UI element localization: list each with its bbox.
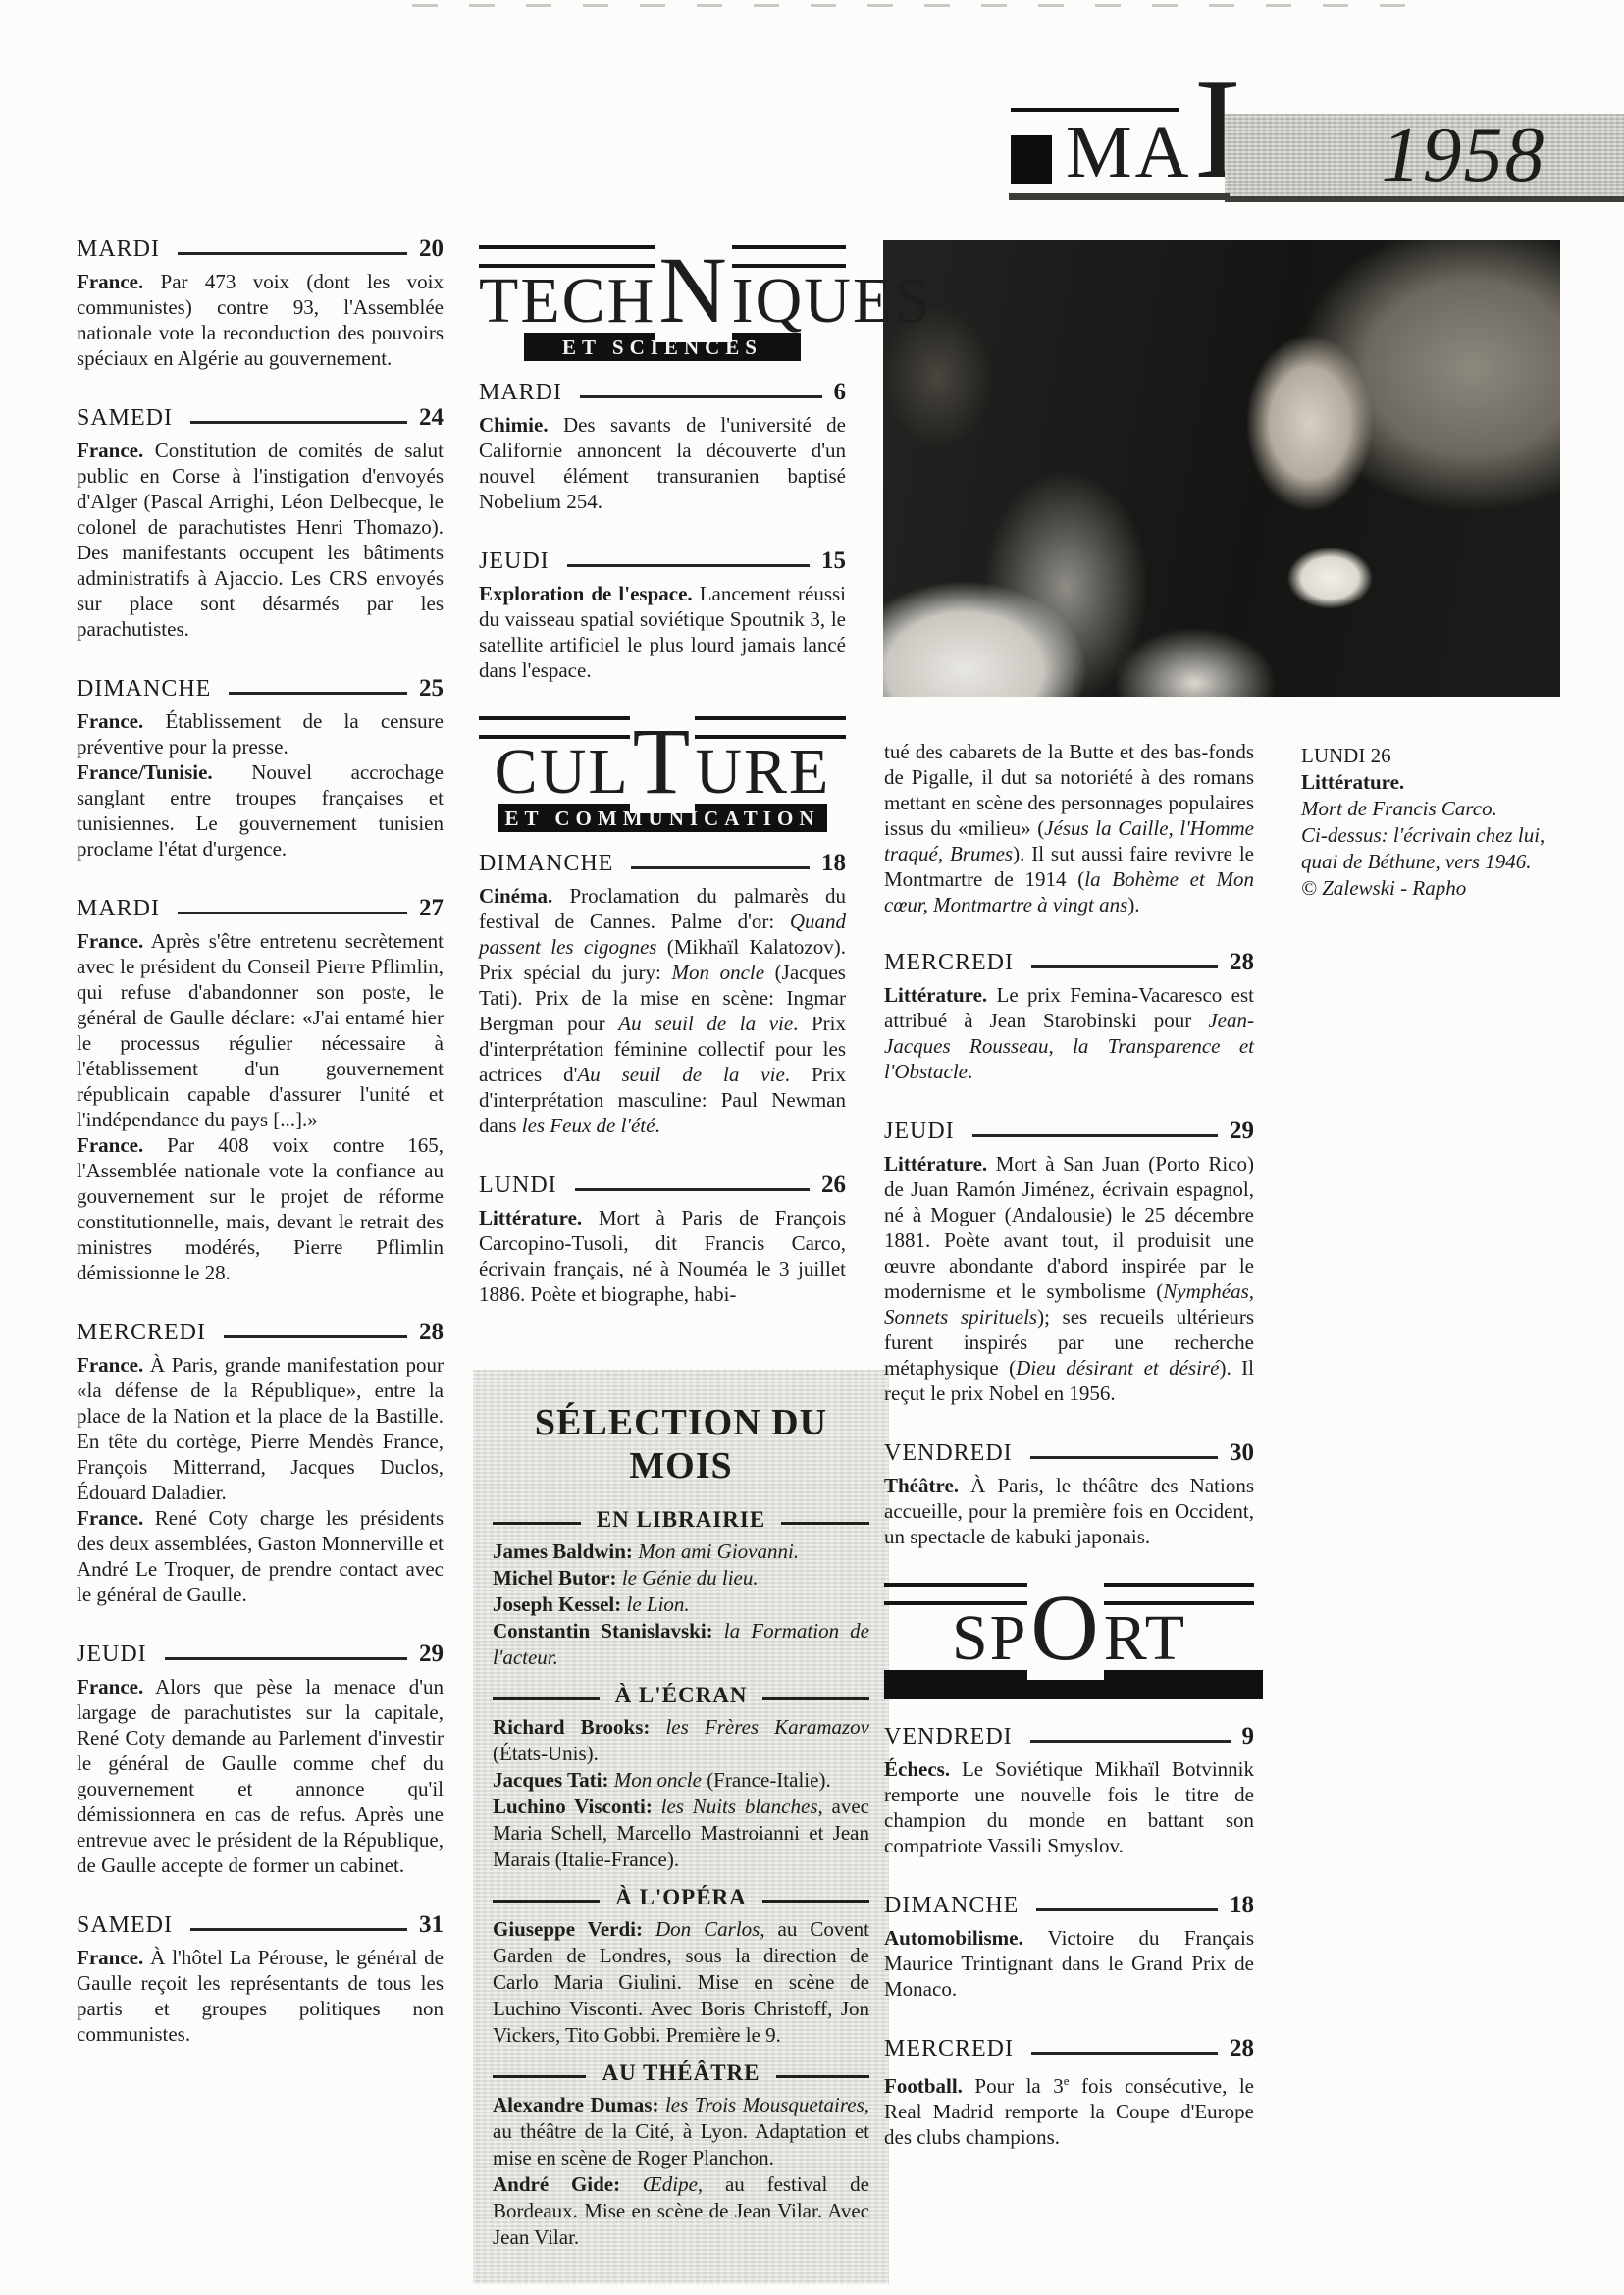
leader-rule xyxy=(1030,1740,1231,1743)
header-rule-bottom xyxy=(1009,193,1230,200)
selection-item: Giuseppe Verdi: Don Carlos, au Covent Ga… xyxy=(493,1916,869,2049)
day-label: VENDREDI xyxy=(884,1440,1013,1467)
selection-item: Jacques Tati: Mon oncle (France-Italie). xyxy=(493,1767,869,1794)
culture-right-entries: MERCREDI28Littérature. Le prix Femina-Va… xyxy=(884,949,1254,1549)
techniques-entries: MARDI6Chimie. Des savants de l'universit… xyxy=(479,379,846,683)
day-label: MERCREDI xyxy=(884,2036,1014,2062)
entry-day-row: JEUDI15 xyxy=(479,548,846,575)
leader-rule xyxy=(190,1928,407,1931)
day-number: 28 xyxy=(1230,949,1254,976)
day-number: 25 xyxy=(419,675,444,703)
day-label: MARDI xyxy=(77,896,160,922)
title-part: IQUES xyxy=(732,265,932,337)
day-number: 30 xyxy=(1230,1439,1254,1467)
day-number: 31 xyxy=(419,1911,444,1939)
day-label: DIMANCHE xyxy=(479,851,613,877)
entry-paragraph: France. Après s'être entretenu secrèteme… xyxy=(77,928,444,1132)
selection-item: James Baldwin: Mon ami Giovanni. xyxy=(493,1539,869,1565)
selection-item: Constantin Stanislavski: la Formation de… xyxy=(493,1618,869,1671)
label-rule xyxy=(493,1697,600,1700)
event-entry: MARDI20France. Par 473 voix (dont les vo… xyxy=(77,235,444,371)
selection-item: André Gide: Œdipe, au festival de Bordea… xyxy=(493,2171,869,2251)
day-label: SAMEDI xyxy=(77,405,173,432)
leader-rule xyxy=(224,1335,407,1338)
entry-paragraph: France. À l'hôtel La Pérouse, le général… xyxy=(77,1945,444,2047)
month-title-pre: MA xyxy=(1066,111,1191,193)
selection-du-mois-box: SÉLECTION DU MOIS EN LIBRAIRIEJames Bald… xyxy=(473,1370,889,2284)
entry-paragraph: Littérature. Le prix Femina-Vacaresco es… xyxy=(884,982,1254,1084)
entry-paragraph: France/Tunisie. Nouvel accrochage sangla… xyxy=(77,759,444,861)
title-part: URE xyxy=(695,736,830,808)
entry-day-row: DIMANCHE18 xyxy=(884,1892,1254,1919)
photo-francis-carco xyxy=(883,240,1560,697)
leader-rule xyxy=(1030,1456,1218,1459)
leader-rule xyxy=(190,421,407,424)
leader-rule xyxy=(229,692,407,695)
event-entry: SAMEDI24France. Constitution de comités … xyxy=(77,404,444,642)
leader-rule xyxy=(580,395,821,398)
day-number: 9 xyxy=(1242,1723,1255,1750)
day-label: SAMEDI xyxy=(77,1912,173,1939)
day-number: 15 xyxy=(821,548,846,575)
entry-paragraph: Littérature. Mort à San Juan (Porto Rico… xyxy=(884,1151,1254,1406)
caption-line: Mort de Francis Carco. xyxy=(1301,796,1617,822)
label-rule xyxy=(493,1900,600,1903)
selection-item: Joseph Kessel: le Lion. xyxy=(493,1591,869,1618)
leader-rule xyxy=(575,1188,810,1191)
entry-paragraph: France. Constitution de comités de salut… xyxy=(77,438,444,642)
section-techniques-header: TECHNIQUES ET SCIENCES xyxy=(479,245,846,361)
entry-day-row: MARDI20 xyxy=(77,235,444,263)
section-sport-header: SPORT xyxy=(884,1583,1254,1699)
label-rule xyxy=(493,1522,581,1525)
event-entry: DIMANCHE25France. Établissement de la ce… xyxy=(77,675,444,861)
title-part: TECH xyxy=(479,265,655,337)
group-label: À L'ÉCRAN xyxy=(600,1683,763,1708)
event-entry: VENDREDI9Échecs. Le Soviétique Mikhaïl B… xyxy=(884,1723,1254,1858)
entry-paragraph: Football. Pour la 3e fois consécutive, l… xyxy=(884,2068,1254,2150)
day-number: 28 xyxy=(1230,2035,1254,2062)
entry-paragraph: France. À Paris, grande manifestation po… xyxy=(77,1352,444,1505)
year-box: 1958 xyxy=(1225,114,1624,202)
event-entry: LUNDI26Littérature. Mort à Paris de Fran… xyxy=(479,1172,846,1307)
day-label: JEUDI xyxy=(884,1119,955,1145)
selection-groups: EN LIBRAIRIEJames Baldwin: Mon ami Giova… xyxy=(493,1507,869,2251)
month-header: MAI 1958 xyxy=(1009,84,1624,200)
entry-day-row: VENDREDI9 xyxy=(884,1723,1254,1750)
label-rule xyxy=(493,2075,586,2078)
event-entry: DIMANCHE18Automobilisme. Victoire du Fra… xyxy=(884,1892,1254,2002)
selection-item: Michel Butor: le Génie du lieu. xyxy=(493,1565,869,1591)
day-label: MARDI xyxy=(77,236,160,263)
entry-paragraph: Échecs. Le Soviétique Mikhaïl Botvinnik … xyxy=(884,1756,1254,1858)
entry-paragraph: Exploration de l'espace. Lancement réuss… xyxy=(479,581,846,683)
day-number: 26 xyxy=(821,1172,846,1199)
entry-paragraph: France. Alors que pèse la menace d'un la… xyxy=(77,1674,444,1878)
title-part: RT xyxy=(1104,1602,1186,1674)
entry-paragraph: Théâtre. À Paris, le théâtre des Nations… xyxy=(884,1473,1254,1549)
event-entry: DIMANCHE18Cinéma. Proclamation du palmar… xyxy=(479,850,846,1138)
group-label: EN LIBRAIRIE xyxy=(581,1507,781,1533)
title-big-letter: N xyxy=(655,237,731,342)
leader-rule xyxy=(631,866,810,869)
leader-rule xyxy=(567,564,810,567)
day-label: MERCREDI xyxy=(884,950,1014,976)
title-big-letter: T xyxy=(630,708,696,813)
day-label: VENDREDI xyxy=(884,1724,1013,1750)
leader-rule xyxy=(972,1134,1218,1137)
section-title-techniques: TECHNIQUES xyxy=(479,272,846,331)
event-entry: MERCREDI28Littérature. Le prix Femina-Va… xyxy=(884,949,1254,1084)
section-culture-header: CULTURE ET COMMUNICATION xyxy=(479,716,846,832)
caption-line: © Zalewski - Rapho xyxy=(1301,875,1617,902)
selection-group-label: EN LIBRAIRIE xyxy=(493,1507,869,1533)
entry-day-row: MERCREDI28 xyxy=(884,949,1254,976)
selection-title: SÉLECTION DU MOIS xyxy=(493,1401,869,1487)
column-left: MARDI20France. Par 473 voix (dont les vo… xyxy=(77,235,444,2080)
entry-day-row: DIMANCHE25 xyxy=(77,675,444,703)
leader-rule xyxy=(1031,2052,1218,2055)
entry-day-row: DIMANCHE18 xyxy=(479,850,846,877)
entry-paragraph: France. Établissement de la censure prév… xyxy=(77,708,444,759)
group-label: À L'OPÉRA xyxy=(600,1885,762,1910)
selection-item: Richard Brooks: les Frères Karamazov (Ét… xyxy=(493,1714,869,1767)
entry-paragraph: Cinéma. Proclamation du palmarès du fest… xyxy=(479,883,846,1138)
label-rule xyxy=(776,2075,869,2078)
culture-entries: DIMANCHE18Cinéma. Proclamation du palmar… xyxy=(479,850,846,1307)
magazine-page: MAI 1958 MARDI20France. Par 473 voix (do… xyxy=(0,0,1624,2295)
event-entry: MARDI27France. Après s'être entretenu se… xyxy=(77,895,444,1285)
label-rule xyxy=(762,1900,869,1903)
entry-day-row: MERCREDI28 xyxy=(77,1319,444,1346)
day-label: MERCREDI xyxy=(77,1320,206,1346)
entry-day-row: MARDI6 xyxy=(479,379,846,406)
day-number: 18 xyxy=(821,850,846,877)
event-entry: JEUDI29France. Alors que pèse la menace … xyxy=(77,1641,444,1878)
section-title-culture: CULTURE xyxy=(479,743,846,802)
entry-day-row: SAMEDI24 xyxy=(77,404,444,432)
entry-day-row: MARDI27 xyxy=(77,895,444,922)
entry-paragraph: Chimie. Des savants de l'université de C… xyxy=(479,412,846,514)
selection-item: Alexandre Dumas: les Trois Mousquetaires… xyxy=(493,2092,869,2171)
caption-line: Ci-dessus: l'écrivain chez lui, xyxy=(1301,822,1617,849)
day-label: DIMANCHE xyxy=(77,676,211,703)
selection-group-label: À L'OPÉRA xyxy=(493,1885,869,1910)
title-big-letter: O xyxy=(1027,1575,1103,1680)
event-entry: JEUDI29Littérature. Mort à San Juan (Por… xyxy=(884,1118,1254,1406)
event-entry: JEUDI15Exploration de l'espace. Lancemen… xyxy=(479,548,846,683)
day-number: 6 xyxy=(834,379,847,406)
selection-group-label: AU THÉÂTRE xyxy=(493,2060,869,2086)
group-label: AU THÉÂTRE xyxy=(586,2060,775,2086)
label-rule xyxy=(781,1522,869,1525)
column-middle: TECHNIQUES ET SCIENCES MARDI6Chimie. Des… xyxy=(479,245,846,2284)
day-number: 29 xyxy=(419,1641,444,1668)
day-number: 27 xyxy=(419,895,444,922)
entry-paragraph: France. Par 473 voix (dont les voix comm… xyxy=(77,269,444,371)
square-bullet-icon xyxy=(1011,135,1052,184)
sport-entries: VENDREDI9Échecs. Le Soviétique Mikhaïl B… xyxy=(884,1723,1254,2150)
leader-rule xyxy=(178,252,407,255)
event-entry: SAMEDI31France. À l'hôtel La Pérouse, le… xyxy=(77,1911,444,2047)
selection-item: Luchino Visconti: les Nuits blanches, av… xyxy=(493,1794,869,1873)
day-number: 28 xyxy=(419,1319,444,1346)
entry-day-row: SAMEDI31 xyxy=(77,1911,444,1939)
entry-paragraph: Automobilisme. Victoire du Français Maur… xyxy=(884,1925,1254,2002)
caption-line: Littérature. xyxy=(1301,769,1617,796)
caption-line: quai de Béthune, vers 1946. xyxy=(1301,849,1617,875)
title-part: SP xyxy=(952,1602,1027,1674)
event-entry: MERCREDI28Football. Pour la 3e fois cons… xyxy=(884,2035,1254,2150)
day-number: 29 xyxy=(1230,1118,1254,1145)
photo-caption: LUNDI 26Littérature.Mort de Francis Carc… xyxy=(1301,743,1617,902)
day-label: LUNDI xyxy=(479,1173,557,1199)
column-right: tué des cabarets de la Butte et des bas-… xyxy=(884,719,1254,2183)
entry-day-row: MERCREDI28 xyxy=(884,2035,1254,2062)
section-title-sport: SPORT xyxy=(884,1609,1254,1668)
selection-group-label: À L'ÉCRAN xyxy=(493,1683,869,1708)
day-number: 18 xyxy=(1230,1892,1254,1919)
entry-paragraph: Littérature. Mort à Paris de François Ca… xyxy=(479,1205,846,1307)
leader-rule xyxy=(178,912,407,914)
year-label: 1958 xyxy=(1382,111,1546,200)
entry-day-row: JEUDI29 xyxy=(77,1641,444,1668)
leader-rule xyxy=(1031,965,1218,968)
event-entry: MARDI6Chimie. Des savants de l'universit… xyxy=(479,379,846,514)
title-part: CUL xyxy=(495,736,630,808)
day-label: MARDI xyxy=(479,380,562,406)
day-label: DIMANCHE xyxy=(884,1893,1019,1919)
scan-artifact-line xyxy=(412,4,1413,7)
day-label: JEUDI xyxy=(77,1642,147,1668)
day-number: 20 xyxy=(419,235,444,263)
entry-day-row: VENDREDI30 xyxy=(884,1439,1254,1467)
entry-day-row: LUNDI26 xyxy=(479,1172,846,1199)
leader-rule xyxy=(165,1657,407,1660)
leader-rule xyxy=(1036,1908,1218,1911)
day-number: 24 xyxy=(419,404,444,432)
event-entry: VENDREDI30Théâtre. À Paris, le théâtre d… xyxy=(884,1439,1254,1549)
continuation-paragraph: tué des cabarets de la Butte et des bas-… xyxy=(884,739,1254,917)
day-label: JEUDI xyxy=(479,548,550,575)
month-title: MAI xyxy=(1066,108,1246,196)
caption-line: LUNDI 26 xyxy=(1301,743,1617,769)
entry-paragraph: France. René Coty charge les présidents … xyxy=(77,1505,444,1607)
entry-day-row: JEUDI29 xyxy=(884,1118,1254,1145)
event-entry: MERCREDI28France. À Paris, grande manife… xyxy=(77,1319,444,1607)
entry-paragraph: France. Par 408 voix contre 165, l'Assem… xyxy=(77,1132,444,1285)
label-rule xyxy=(762,1697,869,1700)
